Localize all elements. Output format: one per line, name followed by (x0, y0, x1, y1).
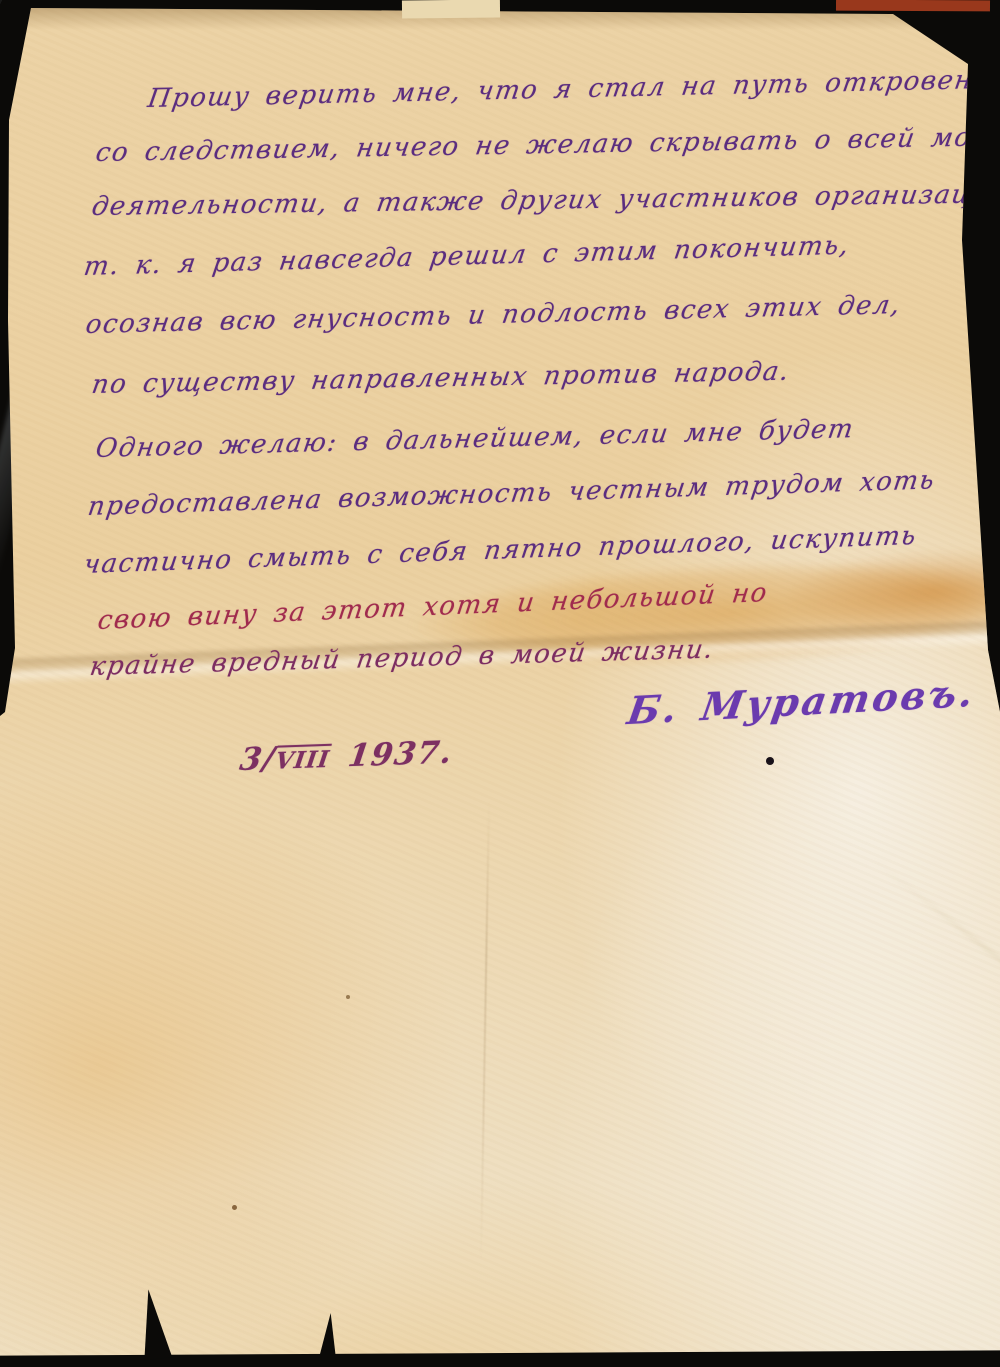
paper-speck (232, 1205, 237, 1210)
handwritten-line-7: Одного желаю: в дальнейшем, если мне буд… (94, 414, 857, 464)
signature: Б. Муратовъ. (624, 670, 979, 734)
date-month-roman: VIII (274, 746, 332, 775)
date-day: 3/ (237, 741, 278, 778)
handwritten-line-1: Прошу верить мне, что я стал на путь отк… (146, 64, 1000, 114)
handwritten-line-4: т. к. я раз навсегда решил с этим поконч… (82, 231, 852, 283)
date: 3/VIII 1937. (237, 734, 455, 778)
handwritten-line-6: по существу направленных против народа. (90, 357, 792, 400)
handwritten-line-3: деятельности, а также других участников … (90, 179, 1000, 222)
red-folder-edge (836, 0, 990, 11)
handwritten-line-2: со следствием, ничего не желаю скрывать … (94, 121, 1000, 168)
paper-tab (402, 0, 500, 19)
handwritten-line-8: предоставлена возможность честным трудом… (86, 465, 938, 522)
vertical-fold-crease (480, 800, 490, 1260)
photo-of-letter: Прошу верить мне, что я стал на путь отк… (0, 0, 1000, 1367)
paper-speck (346, 995, 350, 999)
diagonal-crease (871, 858, 1000, 1045)
letter-paper: Прошу верить мне, что я стал на путь отк… (0, 0, 1000, 1367)
handwritten-line-5: осознав всю гнусность и подлость всех эт… (84, 290, 903, 340)
date-year: 1937. (327, 734, 455, 774)
ink-blot (766, 757, 774, 765)
